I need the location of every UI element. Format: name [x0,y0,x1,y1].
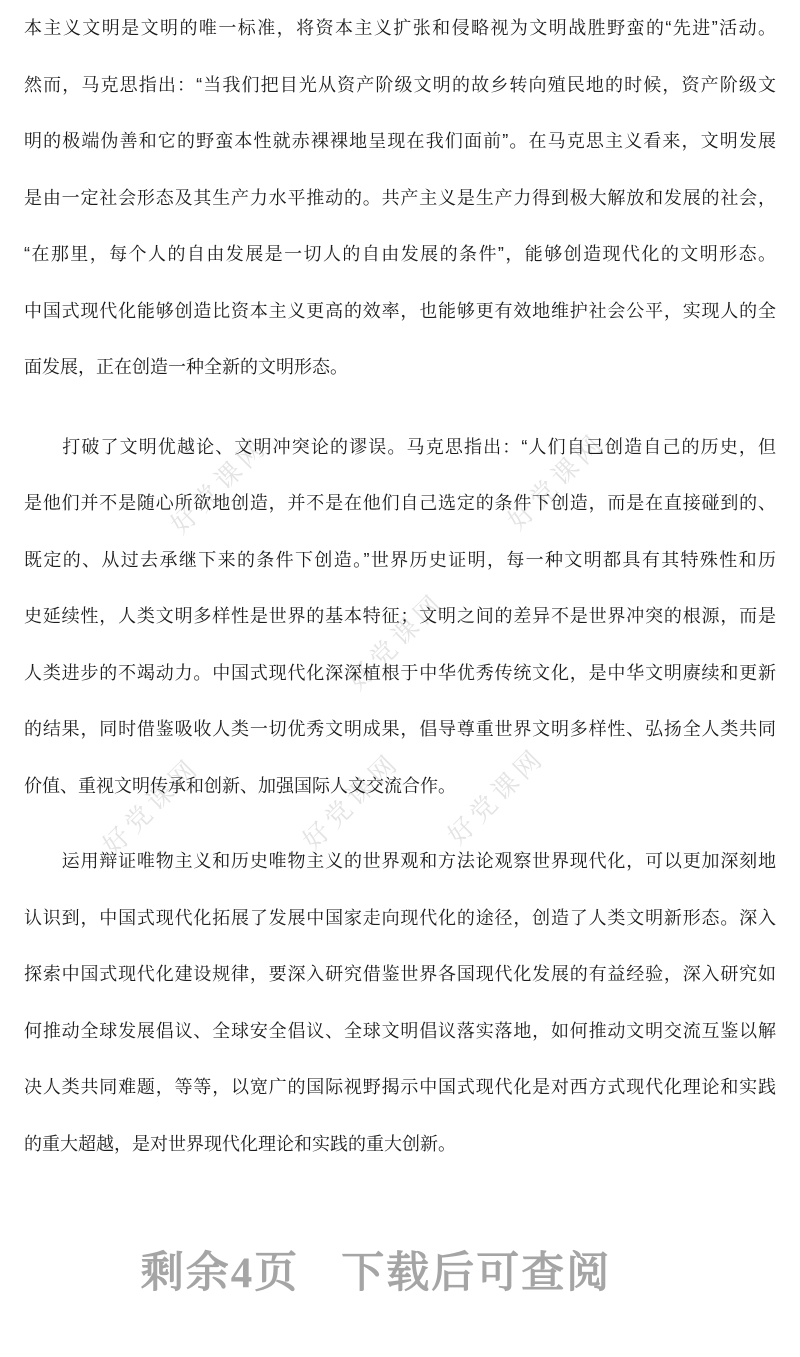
text-line: 决人类共同难题，等等，以宽广的国际视野揭示中国式现代化是对西方式现代化理论和实践 [24,1059,776,1116]
text-line: 的结果，同时借鉴吸收人类一切优秀文明成果，倡导尊重世界文明多样性、弘扬全人类共同 [24,701,776,758]
text-line: 是他们并不是随心所欲地创造，并不是在他们自己选定的条件下创造，而是在直接碰到的、 [24,475,776,532]
text-line: 是由一定社会形态及其生产力水平推动的。共产主义是生产力得到极大解放和发展的社会， [24,170,776,227]
download-hint-label: 下载后可查阅 [341,1250,611,1297]
text-line: 人类进步的不竭动力。中国式现代化深深植根于中华优秀传统文化，是中华文明赓续和更新 [24,645,776,702]
document-page: 好党课网 好党课网 好党课网 好党课网 好党课网 好党课网 本主义文明是文明的唯… [0,0,800,1357]
document-body: 本主义文明是文明的唯一标准，将资本主义扩张和侵略视为文明战胜野蛮的“先进”活动。… [24,0,776,1172]
text-line: 何推动全球发展倡议、全球安全倡议、全球文明倡议落实落地，如何推动文明交流互鉴以解 [24,1003,776,1060]
text-line: 的重大超越，是对世界现代化理论和实践的重大创新。 [24,1116,776,1173]
text-line: 然而，马克思指出：“当我们把目光从资产阶级文明的故乡转向殖民地的时候，资产阶级文 [24,57,776,114]
text-line: 打破了文明优越论、文明冲突论的谬误。马克思指出：“人们自己创造自己的历史，但 [24,419,776,476]
pages-remaining-banner: 剩余4页下载后可查阅 [0,1250,776,1297]
text-line: 认识到，中国式现代化拓展了发展中国家走向现代化的途径，创造了人类文明新形态。深入 [24,890,776,947]
text-line: 史延续性，人类文明多样性是世界的基本特征；文明之间的差异不是世界冲突的根源，而是 [24,588,776,645]
paragraph: 打破了文明优越论、文明冲突论的谬误。马克思指出：“人们自己创造自己的历史，但是他… [24,419,776,815]
text-line: 价值、重视文明传承和创新、加强国际人文交流合作。 [24,758,776,815]
paragraph: 运用辩证唯物主义和历史唯物主义的世界观和方法论观察世界现代化，可以更加深刻地认识… [24,833,776,1172]
text-line: 明的极端伪善和它的野蛮本性就赤裸裸地呈现在我们面前”。在马克思主义看来，文明发展 [24,113,776,170]
text-line: 中国式现代化能够创造比资本主义更高的效率，也能够更有效地维护社会公平，实现人的全 [24,283,776,340]
text-line: 面发展，正在创造一种全新的文明形态。 [24,339,776,396]
text-line: 探索中国式现代化建设规律，要深入研究借鉴世界各国现代化发展的有益经验，深入研究如 [24,946,776,1003]
text-line: “在那里，每个人的自由发展是一切人的自由发展的条件”，能够创造现代化的文明形态。 [24,226,776,283]
paragraph: 本主义文明是文明的唯一标准，将资本主义扩张和侵略视为文明战胜野蛮的“先进”活动。… [24,0,776,396]
pages-remaining-label: 剩余4页 [141,1250,300,1297]
text-line: 既定的、从过去承继下来的条件下创造。”世界历史证明，每一种文明都具有其特殊性和历 [24,532,776,589]
text-line: 本主义文明是文明的唯一标准，将资本主义扩张和侵略视为文明战胜野蛮的“先进”活动。 [24,0,776,57]
text-line: 运用辩证唯物主义和历史唯物主义的世界观和方法论观察世界现代化，可以更加深刻地 [24,833,776,890]
